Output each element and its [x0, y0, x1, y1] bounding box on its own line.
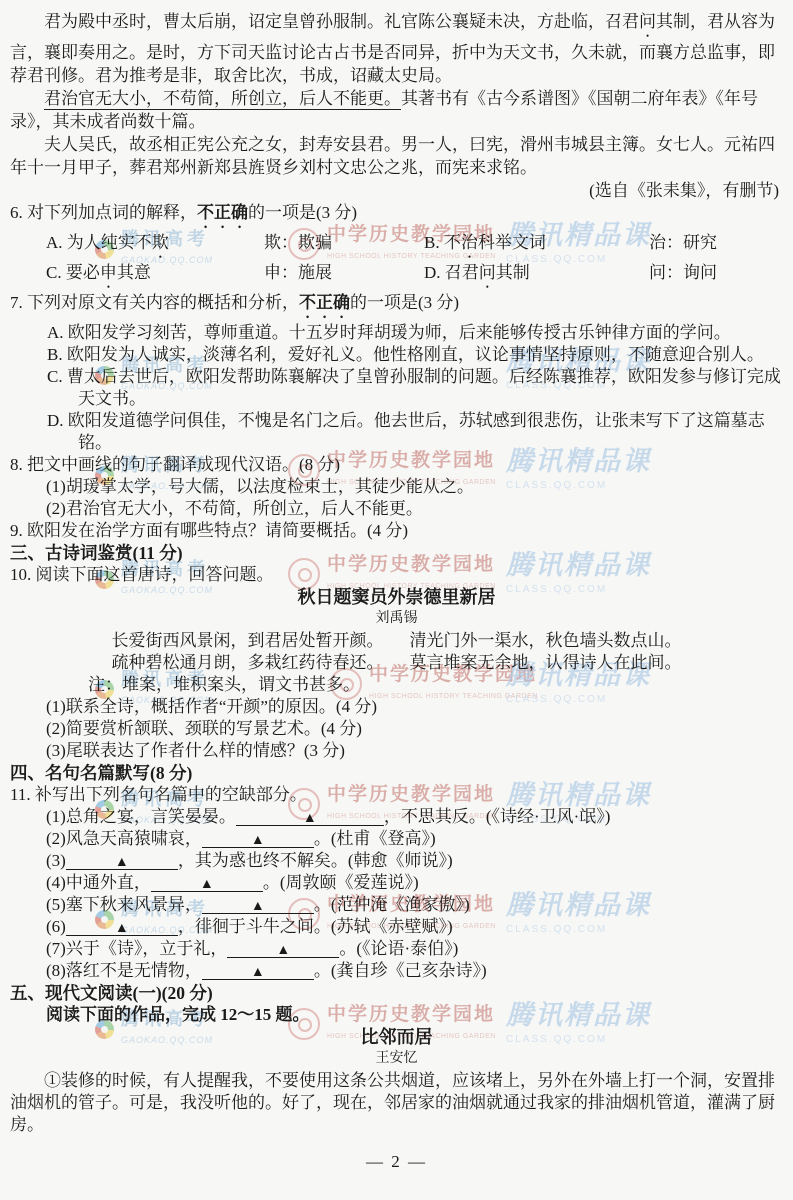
exam-page: 腾讯高考GAOKAO.QQ.COM 中学历史教学园地HIGH SCHOOL HI…	[0, 0, 793, 1200]
sub-question: (3)尾联表达了作者什么样的情感？(3 分)	[10, 740, 783, 762]
question-stem: 8. 把文中画线的句子翻译成现代汉语。(8 分)	[10, 454, 783, 476]
question-6: 6. 对下列加点词的解释，不正确的一项是(3 分) A. 为人纯实不欺 欺：欺骗…	[10, 202, 783, 292]
option-d: D. 欧阳发道德学问俱佳，不愧是名门之后。他去世后，苏轼感到很悲伤，让张耒写下了…	[10, 410, 783, 454]
classical-passage: 君为殿中丞时，曹太后崩，诏定皇曾孙服制。礼官陈公襄疑未决，方赴临，召君问其制，君…	[10, 10, 783, 202]
essay-author: 王安忆	[10, 1048, 783, 1070]
option-gloss: 治：研究	[649, 232, 783, 262]
emphasis-dot-char: 申	[100, 263, 117, 282]
option-c: C. 曹太后去世后，欧阳发帮助陈襄解决了皇曾孙服制的问题。后经陈襄推荐，欧阳发参…	[10, 366, 783, 410]
option-phrase: D. 召君问其制	[424, 262, 649, 292]
question-7: 7. 下列对原文有关内容的概括和分析，不正确的一项是(3 分) A. 欧阳发学习…	[10, 292, 783, 454]
emphasis-dot-char: 欺	[152, 233, 169, 252]
essay-block: 比邻而居 王安忆 ①装修的时候，有人提醒我，不要使用这条公共烟道，应该堵上，另外…	[10, 1026, 783, 1136]
emphasized-term: 不正确	[197, 203, 248, 222]
sub-question: (2)简要赏析颔联、颈联的写景艺术。(4 分)	[10, 718, 783, 740]
fill-item: (7)兴于《诗》，立于礼，▲。(《论语·泰伯》)	[10, 938, 783, 960]
question-8: 8. 把文中画线的句子翻译成现代汉语。(8 分) (1)胡瑗掌太学，号大儒，以法…	[10, 454, 783, 520]
section-heading-5: 五、现代文阅读(一)(20 分)	[10, 982, 783, 1004]
question-9: 9. 欧阳发在治学方面有哪些特点？请简要概括。(4 分)	[10, 520, 783, 542]
passage-paragraph: 君治官无大小，不苟简，所创立，后人不能更。其著书有《古今系谱图》《国朝二府年表》…	[10, 87, 783, 133]
poem-line: 疏种碧松通月朗，多栽红药待春还。莫言堆案无余地，认得诗人在此间。	[10, 652, 783, 674]
passage-source: (选自《张耒集》，有删节)	[10, 179, 783, 202]
emphasis-dot-char: 问	[639, 12, 656, 31]
blank-underline: ▲	[151, 873, 263, 892]
passage-paragraph: 夫人吴氏，故丞相正宪公充之女，封寿安县君。男一人，曰宪，滑州韦城县主簿。女七人。…	[10, 133, 783, 179]
option-gloss: 欺：欺骗	[264, 232, 424, 262]
option-phrase: C. 要必申其意	[46, 262, 264, 292]
poem-line: 长爱街西风景闲，到君居处暂开颜。清光门外一渠水，秋色墙头数点山。	[10, 630, 783, 652]
emphasis-dot-char: 问	[479, 263, 496, 282]
blank-underline: ▲	[202, 829, 314, 848]
emphasized-term: 不正确	[299, 293, 350, 312]
section-heading-4: 四、名句名篇默写(8 分)	[10, 762, 783, 784]
fill-item: (8)落红不是无情物，▲。(龚自珍《己亥杂诗》)	[10, 960, 783, 982]
emphasis-dot-char: 治	[461, 233, 478, 252]
option-gloss: 申：施展	[264, 262, 424, 292]
question-stem: 11. 补写出下列名句名篇中的空缺部分。	[10, 784, 783, 806]
essay-paragraph: ①装修的时候，有人提醒我，不要使用这条公共烟道，应该堵上，另外在外墙上打一个洞，…	[10, 1070, 783, 1136]
section-heading-3: 三、古诗词鉴赏(11 分)	[10, 542, 783, 564]
blank-underline: ▲	[202, 895, 314, 914]
option-a: A. 欧阳发学习刻苦，尊师重道。十五岁时拜胡瑗为师，后来能够传授古乐钟律方面的学…	[10, 322, 783, 344]
fill-item: (1)总角之宴，言笑晏晏。▲，不思其反。(《诗经·卫风·氓》)	[10, 806, 783, 828]
passage-text: 君为殿中丞时，曹太后崩，诏定皇曾孙服制。礼官陈公襄疑未决，方赴临，召君	[44, 12, 639, 31]
fill-item: (4)中通外直，▲。(周敦颐《爱莲说》)	[10, 872, 783, 894]
q6-options-grid: A. 为人纯实不欺 欺：欺骗 B. 不治科举文词 治：研究 C. 要必申其意 申…	[10, 232, 783, 292]
sub-question: (1)联系全诗，概括作者“开颜”的原因。(4 分)	[10, 696, 783, 718]
blank-underline: ▲	[66, 917, 178, 936]
blank-underline: ▲	[236, 807, 384, 826]
fill-item: (6)▲，徘徊于斗牛之间。(苏轼《赤壁赋》)	[10, 916, 783, 938]
fill-item: (3)▲，其为惑也终不解矣。(韩愈《师说》)	[10, 850, 783, 872]
underlined-sentence: 君治官无大小，不苟简，所创立，后人不能更。	[44, 89, 401, 110]
option-gloss: 问：询问	[649, 262, 783, 292]
option-b: B. 欧阳发为人诚实，淡薄名利，爱好礼义。他性格刚直，议论事情坚持原则，不随意迎…	[10, 344, 783, 366]
question-10: 10. 阅读下面这首唐诗，回答问题。 秋日题窦员外崇德里新居 刘禹锡 长爱街西风…	[10, 564, 783, 762]
page-number: — 2 —	[0, 1152, 793, 1172]
sub-question: (1)胡瑗掌太学，号大儒，以法度检束士，其徒少能从之。	[10, 476, 783, 498]
option-phrase: B. 不治科举文词	[424, 232, 649, 262]
option-phrase: A. 为人纯实不欺	[46, 232, 264, 262]
exam-content: 君为殿中丞时，曹太后崩，诏定皇曾孙服制。礼官陈公襄疑未决，方赴临，召君问其制，君…	[0, 0, 793, 1136]
poem-note: 注：堆案，堆积案头，谓文书甚多。	[10, 674, 783, 696]
question-stem: 7. 下列对原文有关内容的概括和分析，不正确的一项是(3 分)	[10, 292, 783, 322]
essay-title: 比邻而居	[10, 1026, 783, 1048]
fill-item: (5)塞下秋来风景异，▲。(范仲淹《渔家傲》)	[10, 894, 783, 916]
fill-item: (2)风急天高猿啸哀，▲。(杜甫《登高》)	[10, 828, 783, 850]
question-11: 11. 补写出下列名句名篇中的空缺部分。 (1)总角之宴，言笑晏晏。▲，不思其反…	[10, 784, 783, 982]
reading-intro: 阅读下面的作品，完成 12～15 题。	[10, 1004, 783, 1026]
blank-underline: ▲	[66, 851, 178, 870]
question-stem: 6. 对下列加点词的解释，不正确的一项是(3 分)	[10, 202, 783, 232]
passage-paragraph: 君为殿中丞时，曹太后崩，诏定皇曾孙服制。礼官陈公襄疑未决，方赴临，召君问其制，君…	[10, 10, 783, 87]
sub-question: (2)君治官无大小，不苟简，所创立，后人不能更。	[10, 498, 783, 520]
blank-underline: ▲	[227, 939, 339, 958]
poem-author: 刘禹锡	[10, 608, 783, 630]
blank-underline: ▲	[202, 961, 314, 980]
poem-title: 秋日题窦员外崇德里新居	[10, 586, 783, 608]
blank-triangle: ▲	[303, 811, 317, 826]
question-stem: 10. 阅读下面这首唐诗，回答问题。	[10, 564, 783, 586]
